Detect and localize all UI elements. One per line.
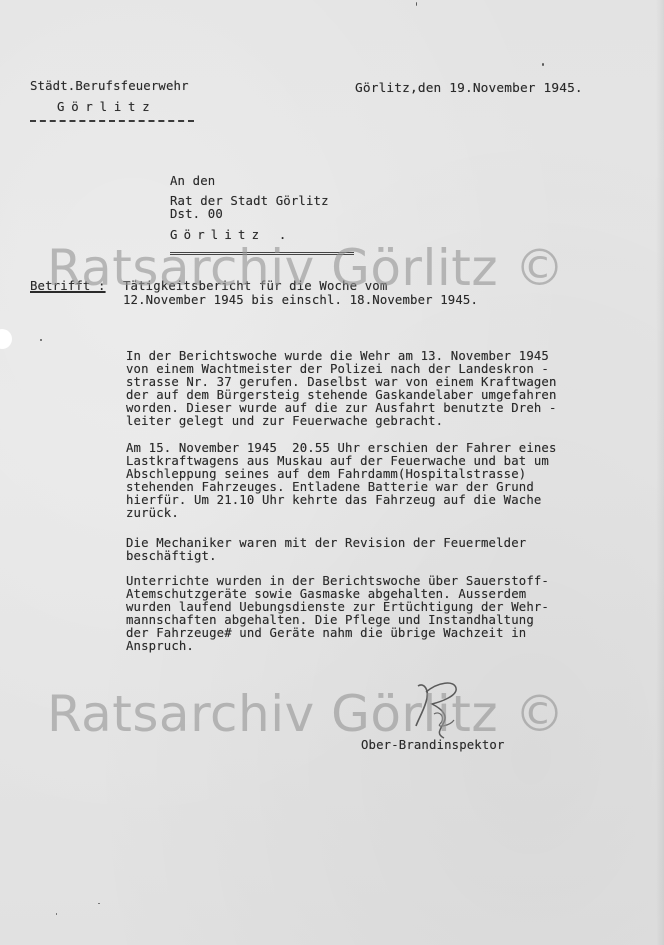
archive-watermark: Ratsarchiv Görlitz © bbox=[47, 243, 565, 293]
paper-speck bbox=[40, 339, 42, 341]
body-paragraph-1: In der Berichtswoche wurde die Wehr am 1… bbox=[126, 350, 557, 428]
paper-speck bbox=[56, 913, 57, 915]
sender-city: Görlitz bbox=[57, 101, 156, 114]
body-paragraph-4: Unterrichte wurden in der Berichtswoche … bbox=[126, 575, 549, 653]
paper-speck bbox=[416, 2, 417, 6]
sender-organization: Städt.Berufsfeuerwehr bbox=[30, 80, 189, 93]
paper-speck bbox=[98, 903, 100, 904]
recipient-department: Dst. 00 bbox=[170, 208, 223, 221]
punch-hole bbox=[0, 329, 12, 349]
paper-speck bbox=[542, 63, 544, 66]
body-paragraph-3: Die Mechaniker waren mit der Revision de… bbox=[126, 537, 526, 563]
archive-watermark: Ratsarchiv Görlitz © bbox=[47, 689, 565, 739]
place-date: Görlitz,den 19.November 1945. bbox=[355, 82, 583, 95]
sender-underline bbox=[30, 120, 194, 122]
recipient-salutation: An den bbox=[170, 175, 215, 188]
body-paragraph-2: Am 15. November 1945 20.55 Uhr erschien … bbox=[126, 442, 557, 520]
scanned-letter-page: Städt.Berufsfeuerwehr Görlitz Görlitz,de… bbox=[0, 0, 664, 945]
